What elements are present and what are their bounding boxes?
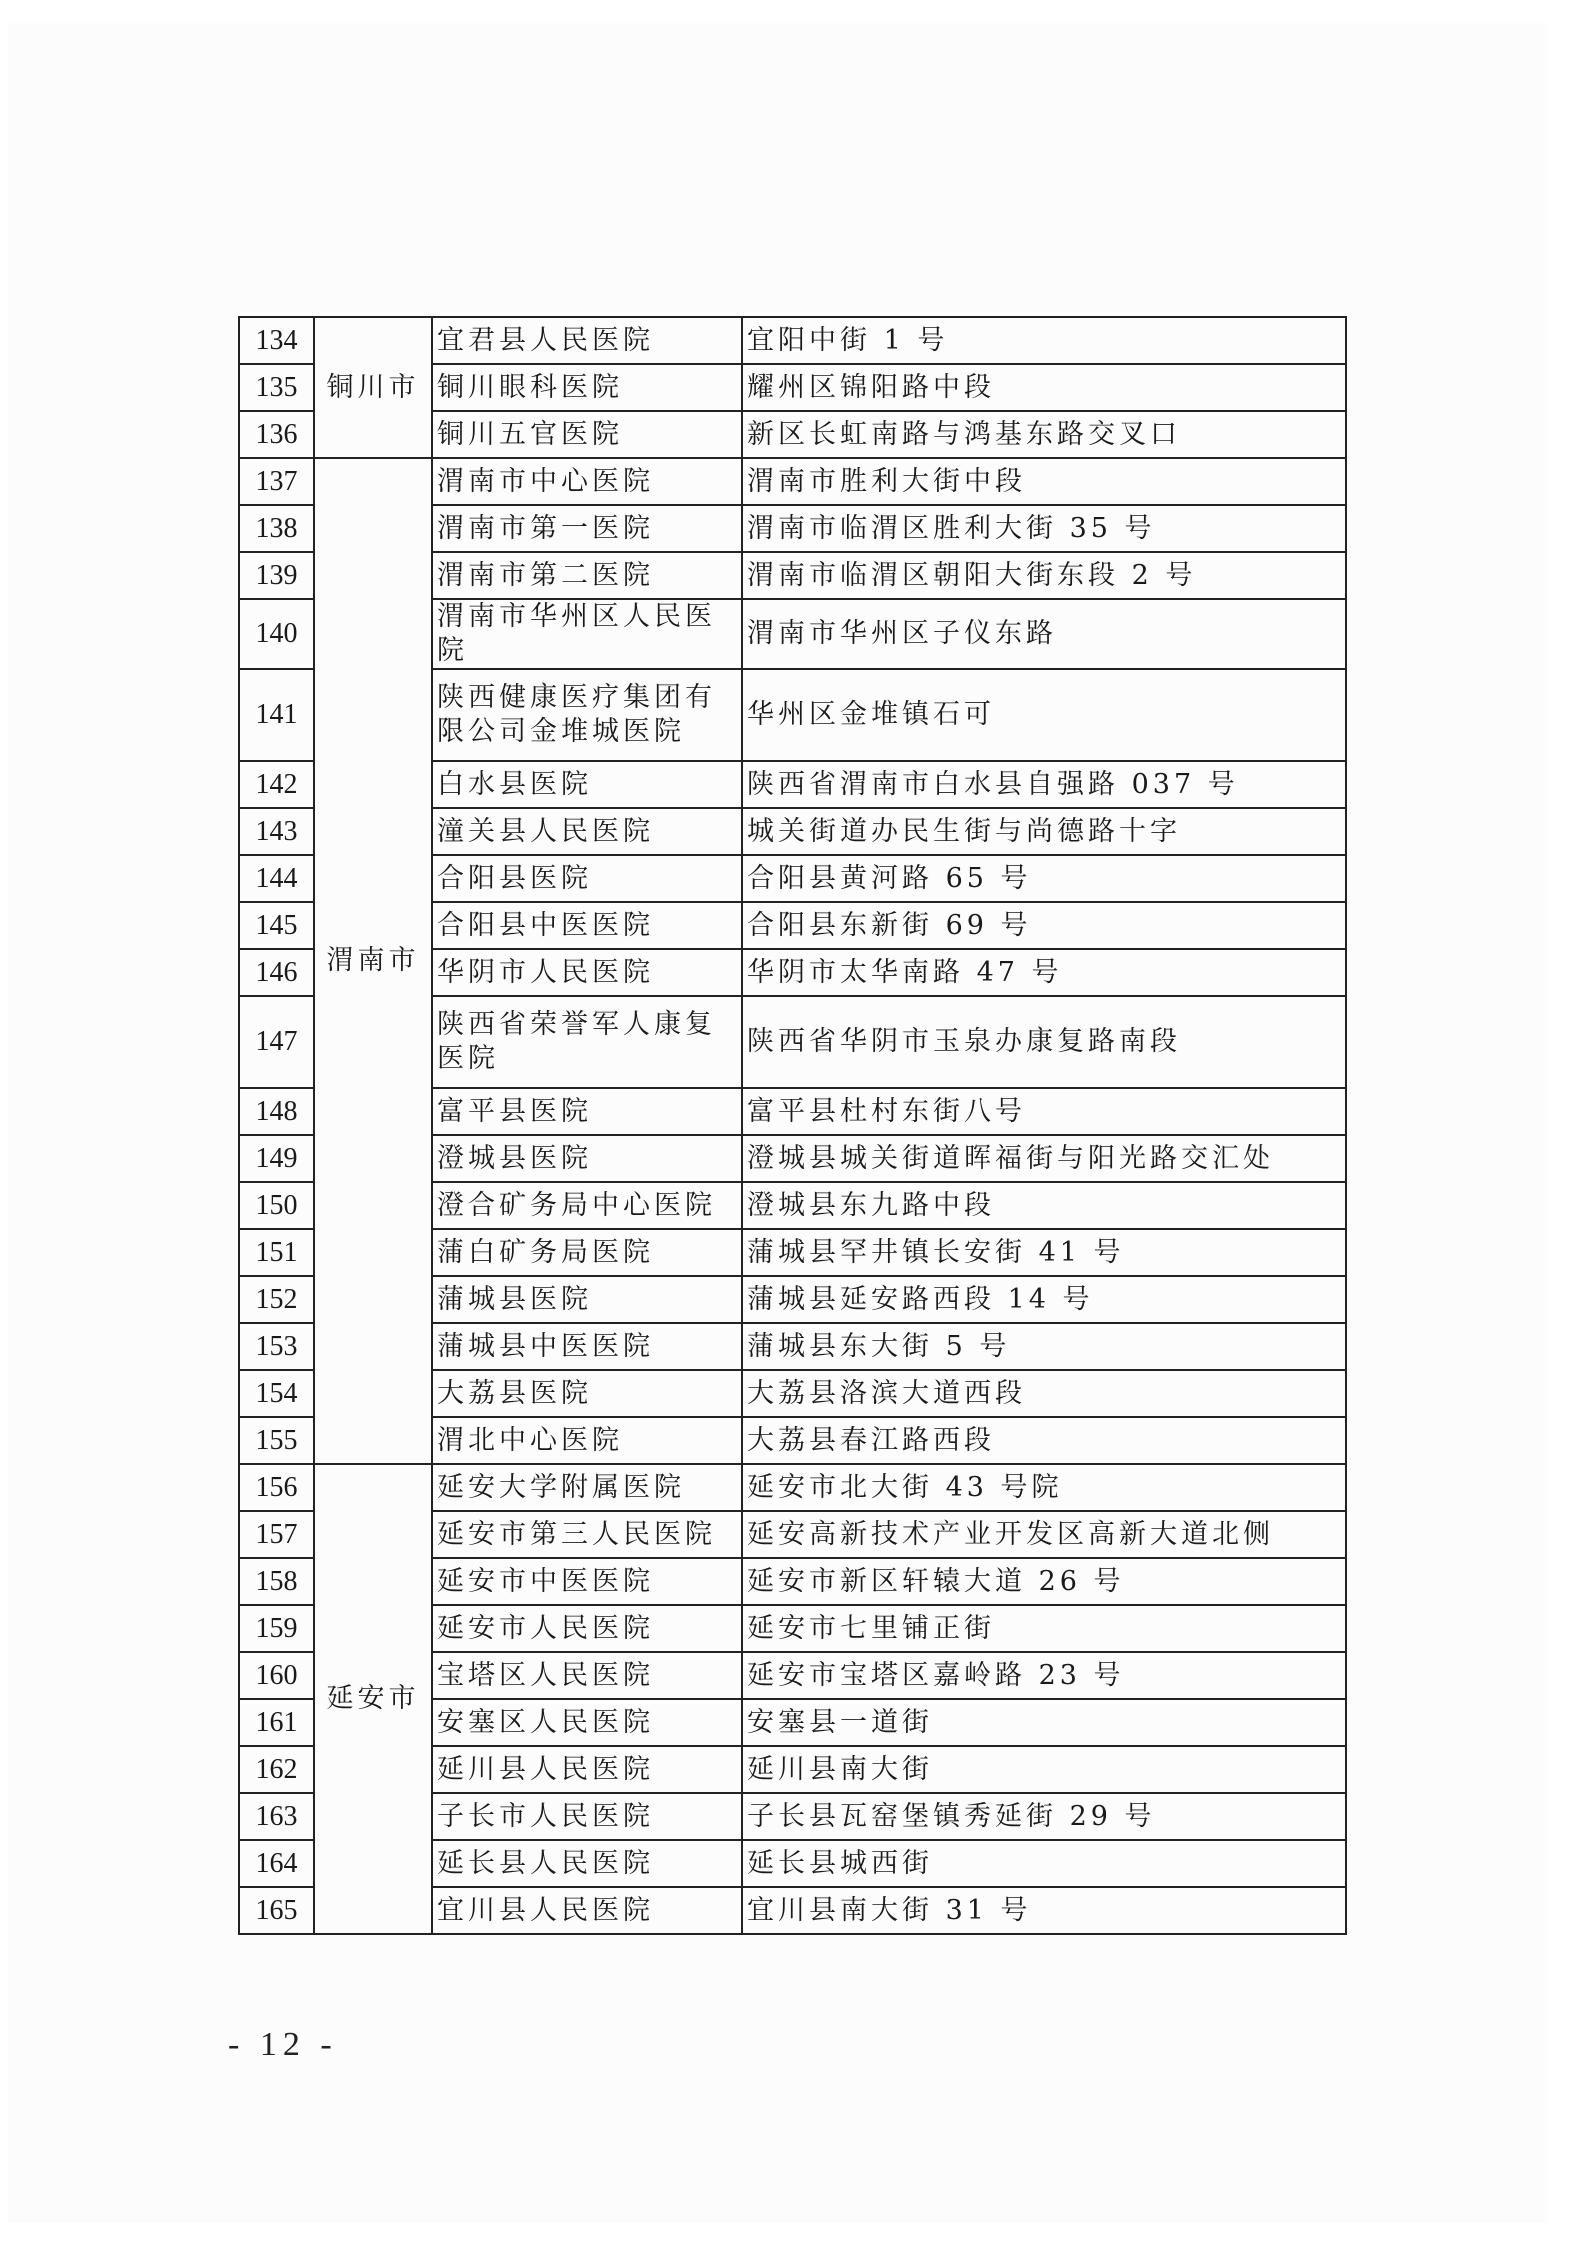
hospital-name: 潼关县人民医院 [432,808,742,855]
hospital-name: 华阴市人民医院 [432,949,742,996]
hospital-address: 延长县城西街 [742,1840,1346,1887]
hospital-name: 渭南市第一医院 [432,505,742,552]
hospital-name: 延长县人民医院 [432,1840,742,1887]
hospital-name: 合阳县中医医院 [432,902,742,949]
hospital-address: 合阳县黄河路 65 号 [742,855,1346,902]
hospital-name: 延安市中医医院 [432,1558,742,1605]
hospital-address: 陕西省华阴市玉泉办康复路南段 [742,996,1346,1088]
hospital-address: 合阳县东新街 69 号 [742,902,1346,949]
row-number: 150 [239,1182,314,1229]
row-number: 149 [239,1135,314,1182]
row-number: 159 [239,1605,314,1652]
row-number: 136 [239,411,314,458]
hospital-address: 延安市新区轩辕大道 26 号 [742,1558,1346,1605]
hospital-name: 延安大学附属医院 [432,1464,742,1511]
hospital-name: 延安市第三人民医院 [432,1511,742,1558]
hospital-address: 富平县杜村东街八号 [742,1088,1346,1135]
hospital-address: 延川县南大街 [742,1746,1346,1793]
hospital-address: 陕西省渭南市白水县自强路 037 号 [742,761,1346,808]
city-cell: 延安市 [314,1464,432,1934]
row-number: 162 [239,1746,314,1793]
hospital-name: 宝塔区人民医院 [432,1652,742,1699]
city-cell: 渭南市 [314,458,432,1464]
row-number: 146 [239,949,314,996]
row-number: 156 [239,1464,314,1511]
row-number: 161 [239,1699,314,1746]
row-number: 144 [239,855,314,902]
hospital-address: 澄城县东九路中段 [742,1182,1346,1229]
row-number: 154 [239,1370,314,1417]
hospital-address: 大荔县洛滨大道西段 [742,1370,1346,1417]
table-row: 134铜川市宜君县人民医院宜阳中街 1 号 [239,317,1346,364]
row-number: 148 [239,1088,314,1135]
hospital-address: 渭南市临渭区胜利大街 35 号 [742,505,1346,552]
hospital-address: 蒲城县东大街 5 号 [742,1323,1346,1370]
row-number: 137 [239,458,314,505]
row-number: 134 [239,317,314,364]
hospital-address: 大荔县春江路西段 [742,1417,1346,1464]
row-number: 140 [239,599,314,669]
hospital-name: 宜川县人民医院 [432,1887,742,1934]
row-number: 151 [239,1229,314,1276]
row-number: 152 [239,1276,314,1323]
hospital-name: 陕西健康医疗集团有限公司金堆城医院 [432,669,742,761]
hospital-name: 延川县人民医院 [432,1746,742,1793]
table-row: 137渭南市渭南市中心医院渭南市胜利大街中段 [239,458,1346,505]
hospital-name: 渭南市华州区人民医院 [432,599,742,669]
hospital-address: 华阴市太华南路 47 号 [742,949,1346,996]
hospital-name: 大荔县医院 [432,1370,742,1417]
hospital-name: 澄城县医院 [432,1135,742,1182]
hospital-address: 延安市宝塔区嘉岭路 23 号 [742,1652,1346,1699]
hospital-name: 富平县医院 [432,1088,742,1135]
row-number: 145 [239,902,314,949]
hospital-address: 华州区金堆镇石可 [742,669,1346,761]
hospital-address: 蒲城县罕井镇长安街 41 号 [742,1229,1346,1276]
row-number: 157 [239,1511,314,1558]
hospital-name: 安塞区人民医院 [432,1699,742,1746]
row-number: 155 [239,1417,314,1464]
row-number: 139 [239,552,314,599]
page-number: - 12 - [228,2026,338,2064]
hospital-address: 城关街道办民生街与尚德路十字 [742,808,1346,855]
row-number: 158 [239,1558,314,1605]
row-number: 164 [239,1840,314,1887]
hospital-name: 蒲城县医院 [432,1276,742,1323]
hospital-address: 新区长虹南路与鸿基东路交叉口 [742,411,1346,458]
hospital-name: 蒲白矿务局医院 [432,1229,742,1276]
row-number: 147 [239,996,314,1088]
hospital-name: 渭北中心医院 [432,1417,742,1464]
row-number: 165 [239,1887,314,1934]
hospital-address: 渭南市临渭区朝阳大街东段 2 号 [742,552,1346,599]
hospital-table-body: 134铜川市宜君县人民医院宜阳中街 1 号135铜川眼科医院耀州区锦阳路中段13… [239,317,1346,1934]
row-number: 138 [239,505,314,552]
row-number: 135 [239,364,314,411]
row-number: 141 [239,669,314,761]
hospital-name: 陕西省荣誉军人康复医院 [432,996,742,1088]
hospital-address: 延安高新技术产业开发区高新大道北侧 [742,1511,1346,1558]
hospital-name: 澄合矿务局中心医院 [432,1182,742,1229]
hospital-address: 宜川县南大街 31 号 [742,1887,1346,1934]
row-number: 143 [239,808,314,855]
hospital-name: 子长市人民医院 [432,1793,742,1840]
hospital-address: 蒲城县延安路西段 14 号 [742,1276,1346,1323]
city-cell: 铜川市 [314,317,432,458]
hospital-name: 铜川五官医院 [432,411,742,458]
row-number: 160 [239,1652,314,1699]
hospital-address: 安塞县一道街 [742,1699,1346,1746]
hospital-name: 合阳县医院 [432,855,742,902]
hospital-name: 白水县医院 [432,761,742,808]
hospital-name: 宜君县人民医院 [432,317,742,364]
hospital-name: 铜川眼科医院 [432,364,742,411]
hospital-name: 渭南市中心医院 [432,458,742,505]
row-number: 163 [239,1793,314,1840]
row-number: 153 [239,1323,314,1370]
hospital-table: 134铜川市宜君县人民医院宜阳中街 1 号135铜川眼科医院耀州区锦阳路中段13… [238,316,1347,1935]
hospital-address: 延安市北大街 43 号院 [742,1464,1346,1511]
hospital-name: 渭南市第二医院 [432,552,742,599]
hospital-address: 延安市七里铺正街 [742,1605,1346,1652]
hospital-address: 宜阳中街 1 号 [742,317,1346,364]
row-number: 142 [239,761,314,808]
hospital-address: 渭南市华州区子仪东路 [742,599,1346,669]
hospital-name: 蒲城县中医医院 [432,1323,742,1370]
hospital-address: 耀州区锦阳路中段 [742,364,1346,411]
hospital-address: 澄城县城关街道晖福街与阳光路交汇处 [742,1135,1346,1182]
table-row: 156延安市延安大学附属医院延安市北大街 43 号院 [239,1464,1346,1511]
hospital-name: 延安市人民医院 [432,1605,742,1652]
hospital-address: 子长县瓦窑堡镇秀延街 29 号 [742,1793,1346,1840]
hospital-address: 渭南市胜利大街中段 [742,458,1346,505]
